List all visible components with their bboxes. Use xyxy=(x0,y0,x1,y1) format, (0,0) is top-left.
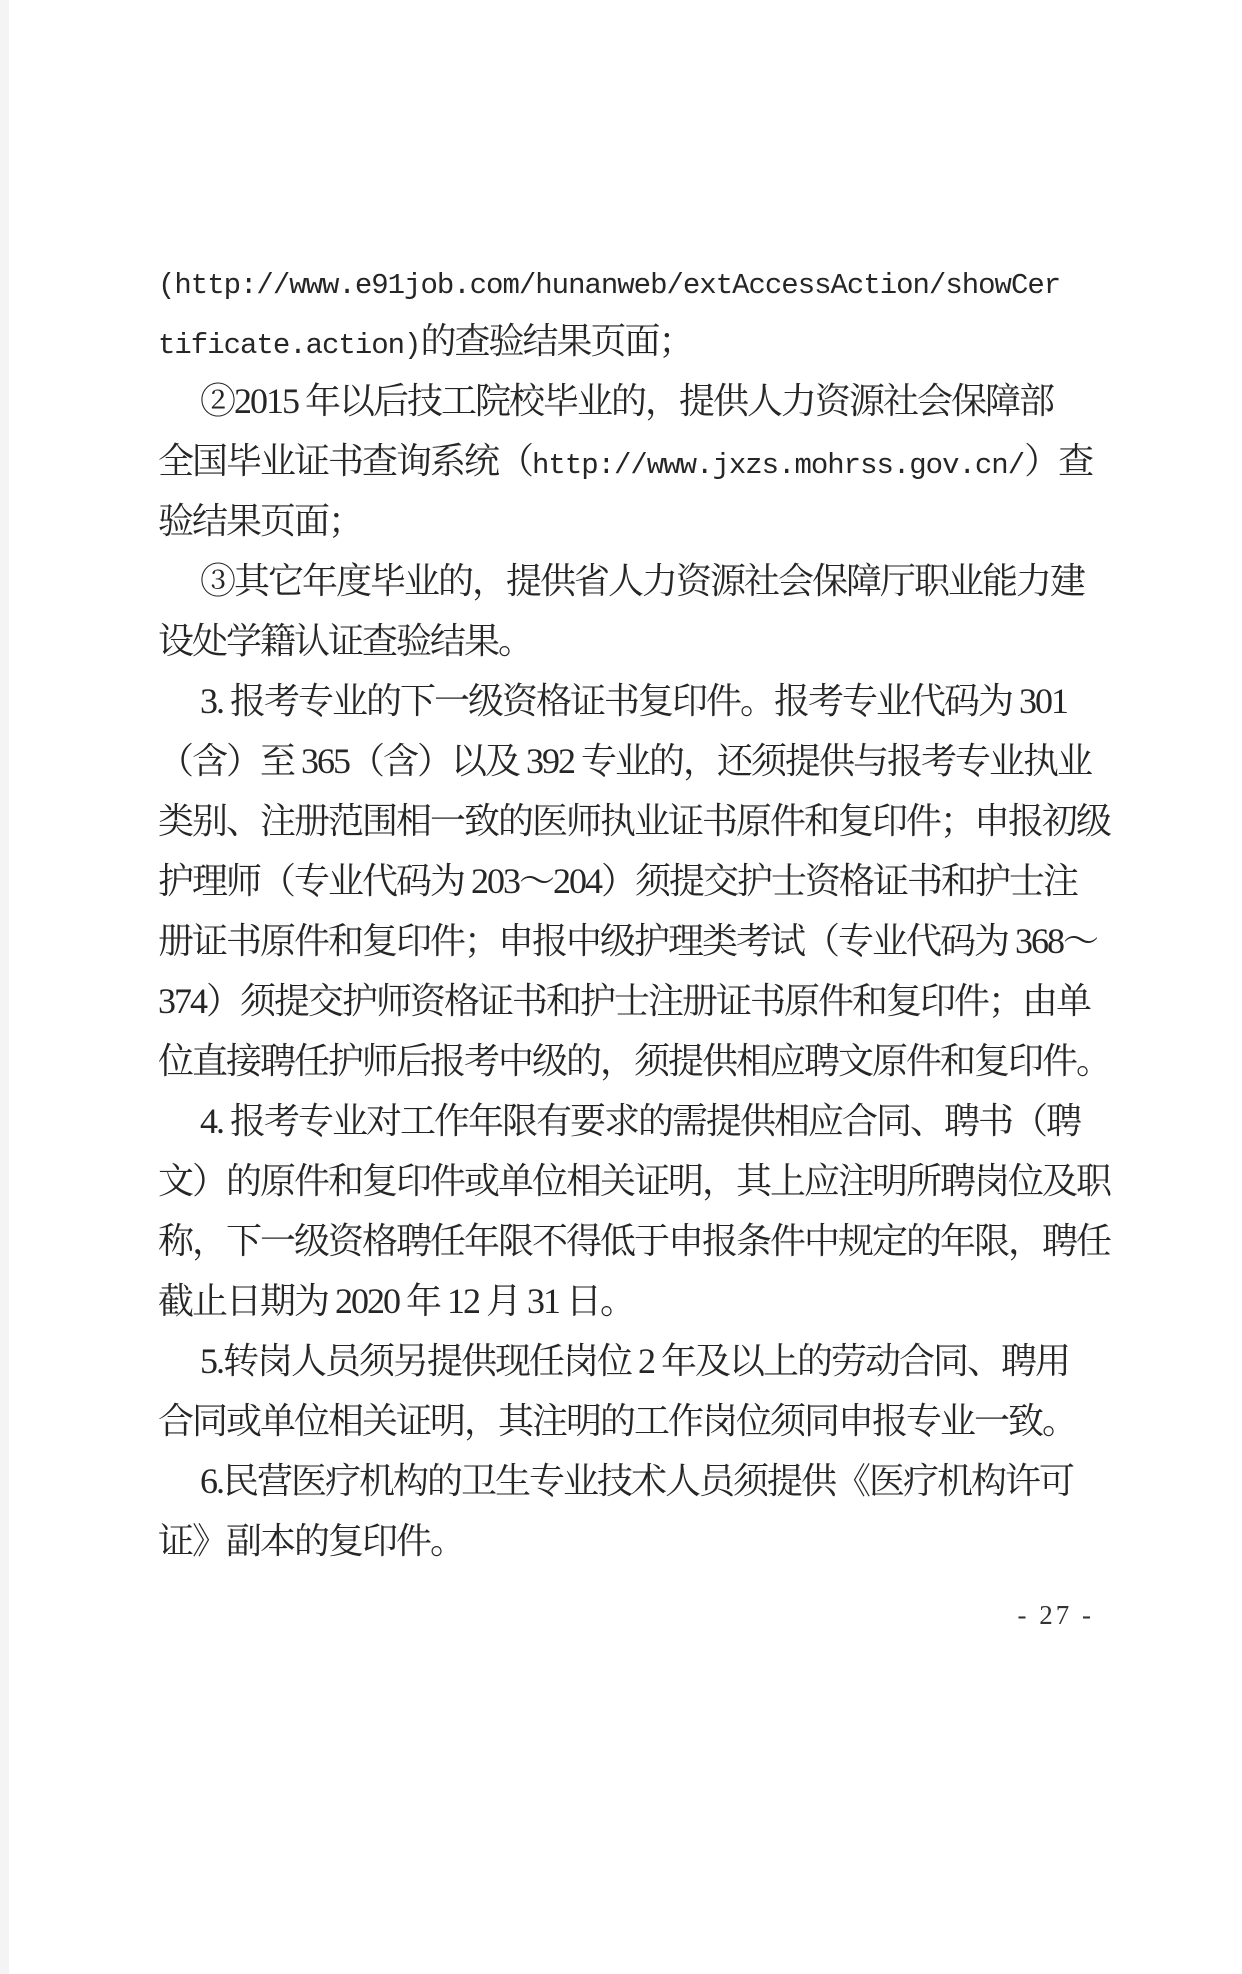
text-line: 截止日期为 2020 年 12 月 31 日。 xyxy=(158,1271,1108,1331)
url-text: http://www.jxzs.mohrss.gov.cn/ xyxy=(532,449,1024,482)
text-line: 374）须提交护师资格证书和护士注册证书原件和复印件；由单 xyxy=(158,971,1108,1031)
line-text: ）查 xyxy=(1024,441,1092,481)
page-edge xyxy=(0,0,9,1974)
text-line: 文）的原件和复印件或单位相关证明，其上应注明所聘岗位及职 xyxy=(158,1151,1108,1211)
text-line: ③其它年度毕业的，提供省人力资源社会保障厅职业能力建 xyxy=(158,551,1108,611)
text-line: 位直接聘任护师后报考中级的，须提供相应聘文原件和复印件。 xyxy=(158,1031,1108,1091)
text-line: 4. 报考专业对工作年限有要求的需提供相应合同、聘书（聘 xyxy=(158,1091,1108,1151)
text-line: 类别、注册范围相一致的医师执业证书原件和复印件；申报初级 xyxy=(158,791,1108,851)
url-text: tificate.action) xyxy=(158,329,420,362)
line-text: 的查验结果页面； xyxy=(420,321,692,361)
text-line: 3. 报考专业的下一级资格证书复印件。报考专业代码为 301 xyxy=(158,671,1108,731)
text-line: 全国毕业证书查询系统（http://www.jxzs.mohrss.gov.cn… xyxy=(158,431,1108,491)
text-line: 合同或单位相关证明，其注明的工作岗位须同申报专业一致。 xyxy=(158,1391,1108,1451)
text-line: (http://www.e91job.com/hunanweb/extAcces… xyxy=(158,251,1108,311)
line-text: 全国毕业证书查询系统（ xyxy=(158,441,532,481)
text-line: 册证书原件和复印件；申报中级护理类考试（专业代码为 368～ xyxy=(158,911,1108,971)
text-line: （含）至 365（含）以及 392 专业的，还须提供与报考专业执业 xyxy=(158,731,1108,791)
text-line: 护理师（专业代码为 203～204）须提交护士资格证书和护士注 xyxy=(158,851,1108,911)
text-line: tificate.action)的查验结果页面； xyxy=(158,311,1108,371)
document-text: (http://www.e91job.com/hunanweb/extAcces… xyxy=(158,251,1108,1571)
url-text: (http://www.e91job.com/hunanweb/extAcces… xyxy=(158,269,1060,302)
text-line: ②2015 年以后技工院校毕业的，提供人力资源社会保障部 xyxy=(158,371,1108,431)
text-line: 称，下一级资格聘任年限不得低于申报条件中规定的年限，聘任 xyxy=(158,1211,1108,1271)
text-line: 验结果页面； xyxy=(158,491,1108,551)
text-line: 证》副本的复印件。 xyxy=(158,1511,1108,1571)
page-number: - 27 - xyxy=(1018,1598,1094,1632)
text-line: 6.民营医疗机构的卫生专业技术人员须提供《医疗机构许可 xyxy=(158,1451,1108,1511)
text-line: 5.转岗人员须另提供现任岗位 2 年及以上的劳动合同、聘用 xyxy=(158,1331,1108,1391)
text-line: 设处学籍认证查验结果。 xyxy=(158,611,1108,671)
